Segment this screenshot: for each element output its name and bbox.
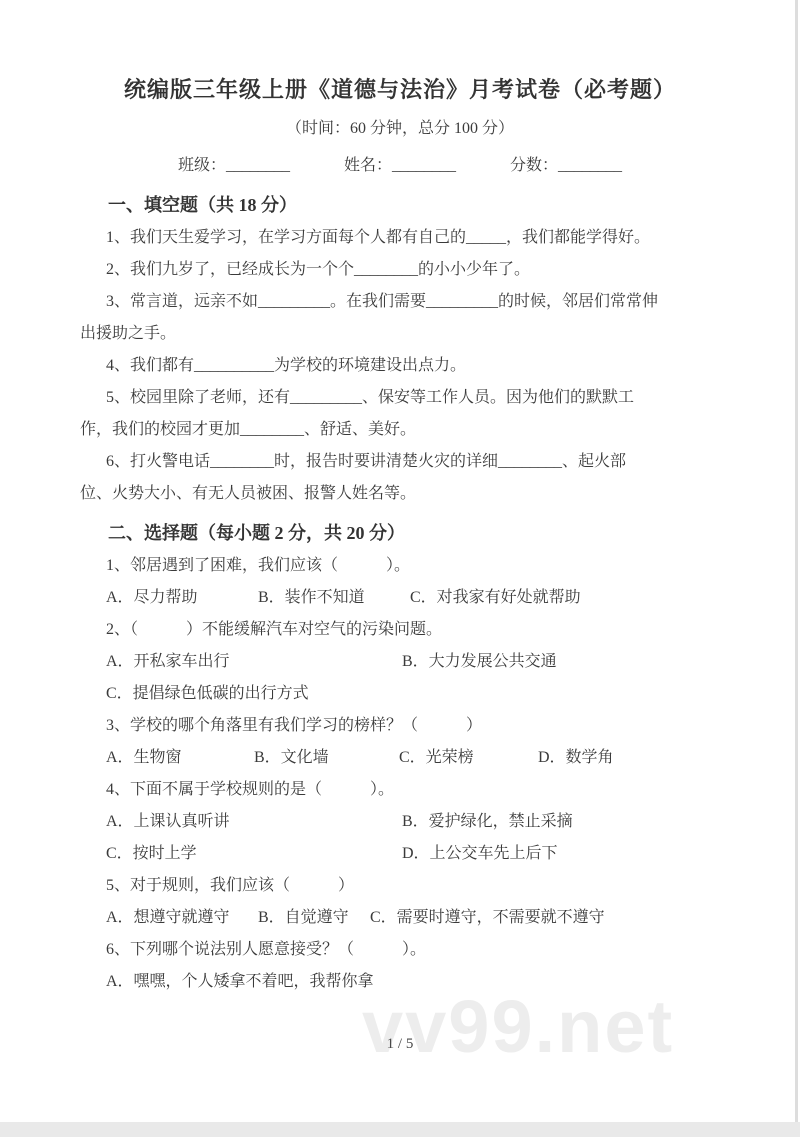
name-field: 姓名：________: [344, 150, 456, 182]
question-line: 1、我们天生爱学习，在学习方面每个人都有自己的_____，我们都能学得好。: [80, 222, 720, 254]
question-line: 5、校园里除了老师，还有_________、保安等工作人员。因为他们的默默工: [80, 382, 720, 414]
option-cell: C．光荣榜: [399, 742, 538, 774]
option-cell: B．大力发展公共交通: [402, 646, 557, 678]
question-line: 5、对于规则，我们应该（ ）: [80, 870, 720, 902]
question-continuation-line: 作，我们的校园才更加________、舒适、美好。: [80, 414, 720, 446]
option-row: A．开私家车出行B．大力发展公共交通: [80, 646, 720, 678]
option-cell: A．想遵守就遵守: [106, 902, 258, 934]
question-continuation-line: 位、火势大小、有无人员被困、报警人姓名等。: [80, 478, 720, 510]
question-line: 2、我们九岁了，已经成长为一个个________的小小少年了。: [80, 254, 720, 286]
exam-time-score-note: （时间：60 分钟，总分 100 分）: [80, 116, 720, 142]
document-body: 统编版三年级上册《道德与法治》月考试卷（必考题） （时间：60 分钟，总分 10…: [80, 74, 720, 998]
option-row: A．想遵守就遵守B．自觉遵守C．需要时遵守，不需要就不遵守: [80, 902, 720, 934]
name-blank: ________: [392, 157, 456, 174]
score-blank: ________: [558, 157, 622, 174]
section1-heading: 一、填空题（共 18 分）: [80, 188, 720, 222]
option-row: A．生物窗B．文化墙C．光荣榜D．数学角: [80, 742, 720, 774]
option-cell: D．上公交车先上后下: [402, 838, 558, 870]
question-line: 3、学校的哪个角落里有我们学习的榜样？（ ）: [80, 710, 720, 742]
option-row: A．嘿嘿，个人矮拿不着吧，我帮你拿: [80, 966, 720, 998]
scrollbar-track[interactable]: [795, 0, 798, 1122]
question-line: 4、我们都有__________为学校的环境建设出点力。: [80, 350, 720, 382]
class-blank: ________: [226, 157, 290, 174]
option-cell: D．数学角: [538, 742, 614, 774]
option-row: A．上课认真听讲B．爱护绿化，禁止采摘: [80, 806, 720, 838]
question-line: 1、邻居遇到了困难，我们应该（ ）。: [80, 550, 720, 582]
page-title: 统编版三年级上册《道德与法治》月考试卷（必考题）: [80, 74, 720, 106]
option-cell: B．装作不知道: [258, 582, 410, 614]
option-cell: B．爱护绿化，禁止采摘: [402, 806, 573, 838]
option-cell: A．尽力帮助: [106, 582, 258, 614]
option-cell: C．需要时遵守，不需要就不遵守: [370, 902, 605, 934]
score-field: 分数：________: [510, 150, 622, 182]
name-label: 姓名：: [344, 157, 392, 174]
question-continuation-line: 出援助之手。: [80, 318, 720, 350]
option-cell: A．上课认真听讲: [106, 806, 402, 838]
option-cell: B．文化墙: [254, 742, 399, 774]
question-line: 2、（ ）不能缓解汽车对空气的污染问题。: [80, 614, 720, 646]
question-line: 3、常言道，远亲不如_________。在我们需要_________的时候，邻居…: [80, 286, 720, 318]
question-line: 6、打火警电话________时，报告时要讲清楚火灾的详细________、起火…: [80, 446, 720, 478]
question-line: 4、下面不属于学校规则的是（ ）。: [80, 774, 720, 806]
option-cell: A．开私家车出行: [106, 646, 402, 678]
option-cell: C．按时上学: [106, 838, 402, 870]
option-row: C．提倡绿色低碳的出行方式: [80, 678, 720, 710]
option-cell: B．自觉遵守: [258, 902, 370, 934]
question-line: 6、下列哪个说法别人愿意接受？（ ）。: [80, 934, 720, 966]
option-cell: C．提倡绿色低碳的出行方式: [106, 678, 309, 710]
section2-heading: 二、选择题（每小题 2 分，共 20 分）: [80, 516, 720, 550]
option-cell: A．嘿嘿，个人矮拿不着吧，我帮你拿: [106, 966, 374, 998]
option-cell: A．生物窗: [106, 742, 254, 774]
exam-document-page: vv99.net 统编版三年级上册《道德与法治》月考试卷（必考题） （时间：60…: [0, 0, 800, 1137]
class-label: 班级：: [178, 157, 226, 174]
viewer-bottom-bar: [0, 1122, 800, 1137]
option-row: C．按时上学D．上公交车先上后下: [80, 838, 720, 870]
page-number: 1 / 5: [0, 1032, 800, 1056]
student-info-row: 班级：________ 姓名：________ 分数：________: [80, 150, 720, 182]
class-field: 班级：________: [178, 150, 290, 182]
option-row: A．尽力帮助B．装作不知道C．对我家有好处就帮助: [80, 582, 720, 614]
score-label: 分数：: [510, 157, 558, 174]
option-cell: C．对我家有好处就帮助: [410, 582, 581, 614]
